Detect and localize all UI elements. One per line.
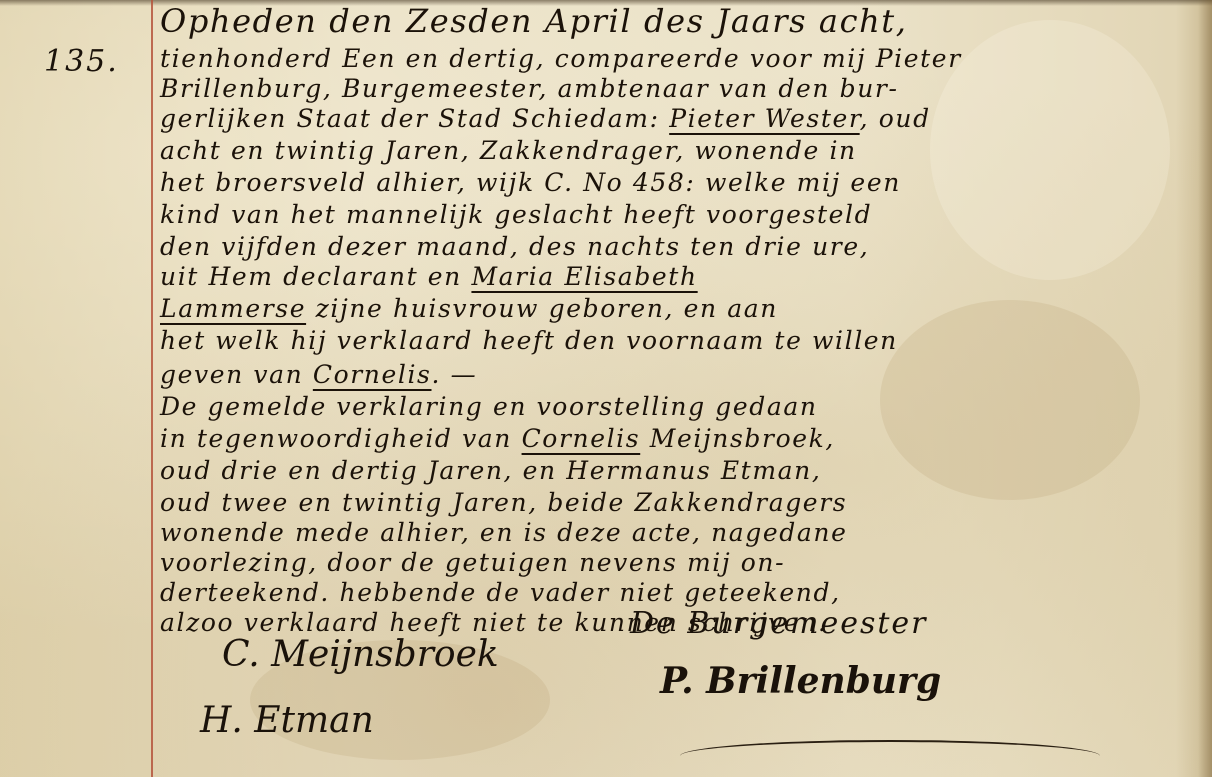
red-margin-line	[151, 0, 153, 777]
signature-flourish	[680, 740, 1100, 772]
underlined-name: Cornelis	[313, 360, 432, 389]
underlined-name: Cornelis	[522, 424, 641, 453]
record-line: kind van het mannelijk geslacht heeft vo…	[160, 200, 872, 229]
page-right-edge	[1198, 0, 1212, 777]
record-line: den vijfden dezer maand, des nachts ten …	[160, 232, 869, 261]
mayor-title: De Burgemeester	[630, 606, 928, 641]
record-line: tienhonderd Een en dertig, compareerde v…	[160, 44, 962, 73]
record-line: in tegenwoordigheid van Cornelis Meijnsb…	[160, 424, 835, 453]
witness-signature-meijnsbroek: C. Meijnsbroek	[222, 634, 499, 675]
watermark-area	[930, 20, 1170, 280]
record-line: De gemelde verklaring en voorstelling ge…	[160, 392, 818, 421]
record-line: het welk hij verklaard heeft den voornaa…	[160, 326, 898, 355]
entry-number: 135.	[44, 44, 119, 79]
underlined-name: Lammerse	[160, 294, 306, 323]
underlined-name: Pieter Wester	[669, 104, 859, 133]
record-line: oud twee en twintig Jaren, beide Zakkend…	[160, 488, 847, 517]
witness-signature-etman: H. Etman	[200, 700, 374, 741]
record-line: uit Hem declarant en Maria Elisabeth	[160, 262, 698, 291]
record-line: derteekend. hebbende de vader niet getee…	[160, 578, 841, 607]
record-line: Lammerse zijne huisvrouw geboren, en aan	[160, 294, 778, 323]
record-line: Opheden den Zesden April des Jaars acht,	[160, 2, 908, 40]
record-line: acht en twintig Jaren, Zakkendrager, won…	[160, 136, 857, 165]
record-line: voorlezing, door de getuigen nevens mij …	[160, 548, 785, 577]
record-line: oud drie en dertig Jaren, en Hermanus Et…	[160, 456, 821, 485]
underlined-name: Maria Elisabeth	[471, 262, 697, 291]
record-line: geven van Cornelis. —	[160, 360, 477, 389]
paper-stain	[880, 300, 1140, 500]
record-line: wonende mede alhier, en is deze acte, na…	[160, 518, 848, 547]
mayor-signature: P. Brillenburg	[660, 660, 941, 702]
record-line: Brillenburg, Burgemeester, ambtenaar van…	[160, 74, 899, 103]
record-line: gerlijken Staat der Stad Schiedam: Piete…	[160, 104, 931, 133]
record-line: het broersveld alhier, wijk C. No 458: w…	[160, 168, 901, 197]
